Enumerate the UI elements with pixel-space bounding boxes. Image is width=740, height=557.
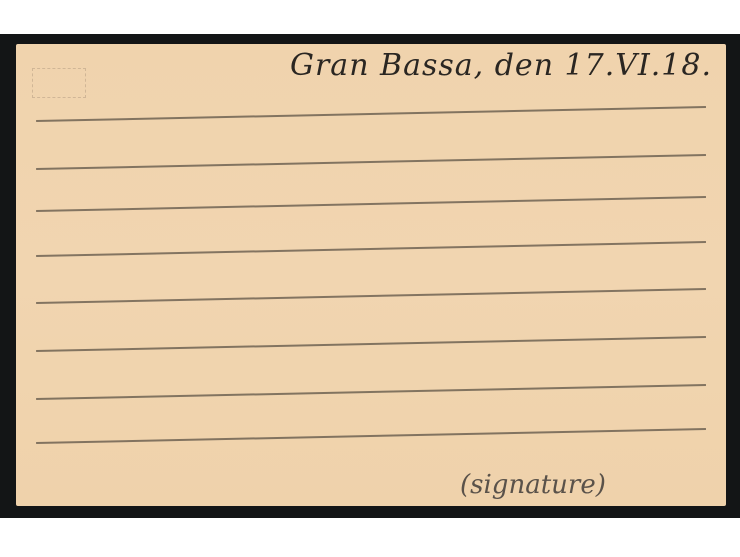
image-frame: Gran Bassa, den 17.VI.18. Handwritten Ge… (0, 0, 740, 557)
place-date-header: Gran Bassa, den 17.VI.18. (290, 48, 712, 83)
faint-printed-box (32, 68, 86, 98)
signature: (signature) (460, 470, 606, 500)
